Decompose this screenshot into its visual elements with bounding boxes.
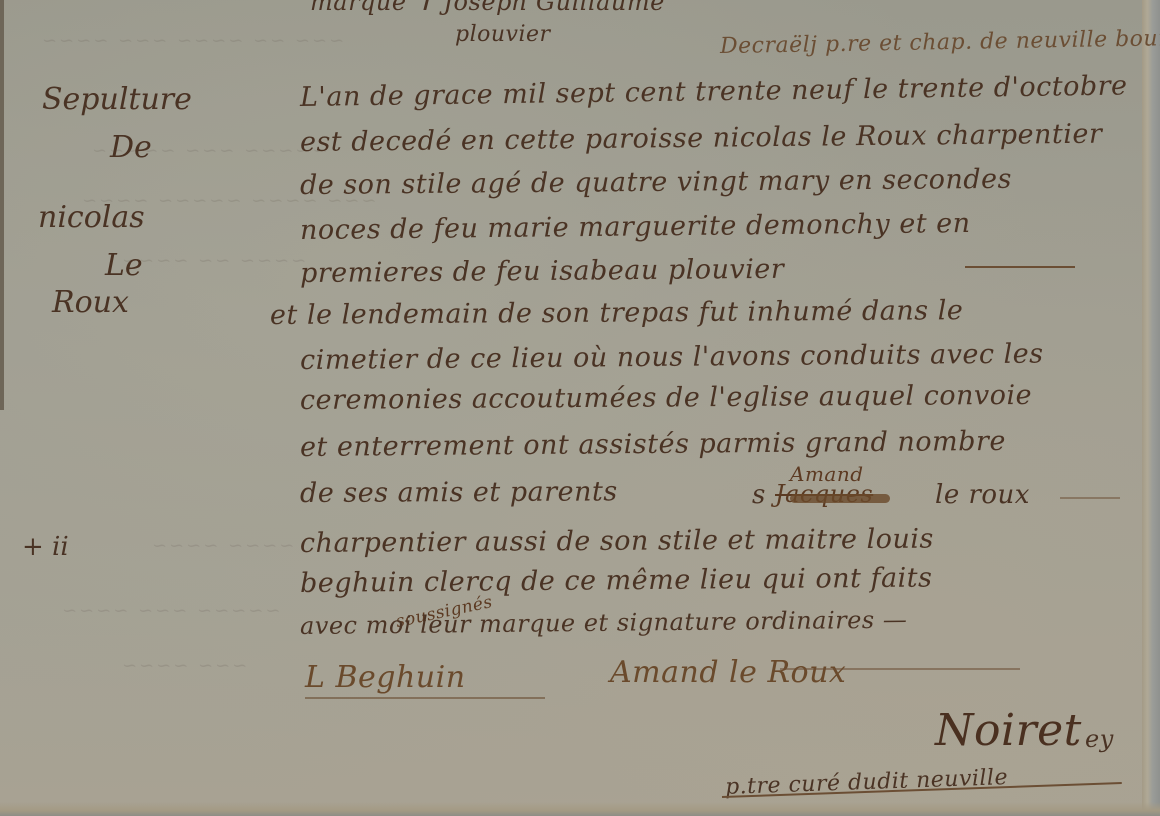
signature-priest-name: Noiret <box>935 705 1082 756</box>
previous-entry-priest-signature: Decraëlj p.re et chap. de neuville bourg <box>720 26 1160 59</box>
bleed-through-text: ~~~ ~~ ~~~~ ~~~ ~~~~ <box>40 30 344 51</box>
body-line-4: noces de feu marie marguerite demonchy e… <box>300 208 971 246</box>
body-line-10: de ses amis et parents <box>300 476 618 509</box>
body-line-5: premieres de feu isabeau plouvier <box>300 254 785 289</box>
bleed-through-text: ~~~~~ ~~~ ~~~~ <box>60 600 280 621</box>
bleed-through-text: ~~~~ ~~~~ <box>150 535 294 556</box>
page-binding-edge <box>0 0 4 410</box>
paper-right-edge <box>1142 0 1160 816</box>
signature-flourish <box>305 697 545 699</box>
manuscript-page: ~~~ ~~ ~~~~ ~~~ ~~~~ ~~~~~ ~~~ ~~~~~ ~~~… <box>0 0 1160 816</box>
paper-bottom-edge <box>0 802 1160 816</box>
body-line-13: avec moi leur marque et signature ordina… <box>300 606 908 640</box>
body-line-7: cimetier de ce lieu où nous l'avons cond… <box>300 339 1044 376</box>
previous-entry-marks: marque ✝ Joseph Guillaume <box>310 0 665 16</box>
signature-witness-le-roux: Amand le Roux <box>610 655 846 690</box>
body-line-2: est decedé en cette paroisse nicolas le … <box>300 119 1103 158</box>
ink-strike-blot <box>790 494 890 503</box>
correction-prefix: s <box>752 480 766 510</box>
signature-priest-suffix: ey <box>1085 725 1114 753</box>
margin-annotation-cross: + ii <box>22 532 69 562</box>
bleed-through-text: ~~~ ~~~~ <box>120 655 247 676</box>
signature-witness-beghuin: L Beghuin <box>305 660 466 695</box>
line-fill-dash <box>965 266 1075 268</box>
margin-title-forename: nicolas <box>38 200 145 235</box>
body-line-9: et enterrement ont assistés parmis grand… <box>300 426 1006 463</box>
body-line-6: et le lendemain de son trepas fut inhumé… <box>270 295 963 331</box>
bleed-through-text: ~~~~ ~~ ~~~~ <box>120 250 306 271</box>
body-line-10-continued: le roux <box>935 480 1030 510</box>
body-line-8: ceremonies accoutumées de l'eglise auque… <box>300 380 1032 416</box>
signature-flourish <box>780 668 1020 670</box>
body-line-1: L'an de grace mil sept cent trente neuf … <box>300 70 1128 113</box>
body-line-11: charpentier aussi de son stile et maitre… <box>300 524 934 559</box>
body-line-3: de son stile agé de quatre vingt mary en… <box>300 164 1012 201</box>
margin-title-de: De <box>110 130 152 165</box>
previous-entry-name: plouvier <box>455 22 551 47</box>
line-fill-dash <box>1060 497 1120 499</box>
body-line-12: beghuin clercq de ce même lieu qui ont f… <box>300 562 933 599</box>
margin-title-surname: Roux <box>52 285 129 320</box>
margin-title-sepulture: Sepulture <box>42 82 192 117</box>
margin-title-le: Le <box>105 248 143 283</box>
